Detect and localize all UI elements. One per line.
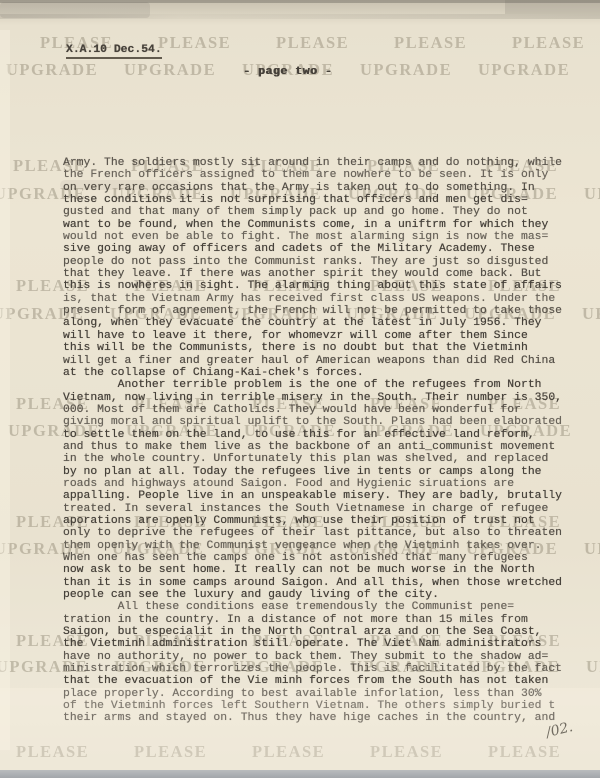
typed-line: All these conditions ease tremendously t…: [63, 601, 583, 613]
typed-line: the Vietminh administration still operat…: [63, 638, 583, 650]
typed-line: treated. In several instances the South …: [63, 503, 583, 515]
typed-line: aporations are openly Communists, who us…: [63, 515, 583, 527]
typed-line: on very rare occasions that the Army is …: [63, 182, 583, 194]
typed-line: to settle them on the land, to use this …: [63, 429, 583, 441]
typed-line: that they leave. If there was another sp…: [63, 268, 583, 280]
typed-line: in the whole country. Unfortunately this…: [63, 453, 583, 465]
typed-line: will get a finer and greater haul of Ame…: [63, 355, 583, 367]
typed-lines: Army. The soldiers mostly sit around in …: [63, 157, 583, 725]
typed-line: will have to leave it there, for whomevz…: [63, 330, 583, 342]
typed-line: Vietnam, now living in terrible misery i…: [63, 392, 583, 404]
typed-line: Army. The soldiers mostly sit around in …: [63, 157, 583, 169]
typed-line: along, when they evacuate the country at…: [63, 317, 583, 329]
typed-line: only to deprive the refugees of their la…: [63, 527, 583, 539]
typed-line: them openly with the Communist vengeance…: [63, 540, 583, 552]
typed-line: the French officers assigned to them are…: [63, 169, 583, 181]
typed-line: appalling. People live in an unspeakable…: [63, 490, 583, 502]
typed-line: people can see the luxury and gaudy livi…: [63, 589, 583, 601]
typed-line: When one has seen the camps one is not a…: [63, 552, 583, 564]
typed-line: 000. Most of them are Catholics. They wo…: [63, 404, 583, 416]
page-number-label: - page two -: [243, 66, 332, 78]
document-reference: X.A.10 Dec.54.: [66, 44, 162, 59]
typed-line: and thus to make them live as the backbo…: [63, 441, 583, 453]
typed-line: Another terrible problem is the one of t…: [63, 379, 583, 391]
typed-line: by no plan at all. Today the refugees li…: [63, 466, 583, 478]
typed-layer: X.A.10 Dec.54. - page two - Army. The so…: [0, 0, 600, 778]
typed-line: these conditions it is not surprising th…: [63, 194, 583, 206]
typed-line: that the evacuation of the Vie minh forc…: [63, 675, 583, 687]
typed-line: their arms and stayed on. Thus they have…: [63, 712, 583, 724]
typed-line: at the collapse of Chiang-Kai-chek's for…: [63, 367, 583, 379]
typed-line: sive going away of officers and cadets o…: [63, 243, 583, 255]
typed-line: Saigon, but especialit in the North Cont…: [63, 626, 583, 638]
typed-line: present form of agreement, the French wi…: [63, 305, 583, 317]
typed-line: this will be the Communists, there is no…: [63, 342, 583, 354]
typed-line: this is nowheres in sight. The alarming …: [63, 280, 583, 292]
typed-line: is, that the Vietnam Army has received f…: [63, 293, 583, 305]
typed-line: now ask to be sent home. It really can n…: [63, 564, 583, 576]
typed-line: want to be found, when the Communists co…: [63, 219, 583, 231]
typed-line: roads and highways atound Saigon. Food a…: [63, 478, 583, 490]
typed-line: have no authority, no power to back them…: [63, 651, 583, 663]
typed-line: ministration which terrorizes the people…: [63, 663, 583, 675]
typed-line: tration in the country. In a distance of…: [63, 614, 583, 626]
typed-line: would not even be able to fight. The mos…: [63, 231, 583, 243]
typed-line: than it is in some camps around Saigon. …: [63, 577, 583, 589]
typed-line: place properly. According to best availa…: [63, 688, 583, 700]
typed-line: of the Vietminh forces left Southern Vie…: [63, 700, 583, 712]
typed-line: people do not pass into the Communist ra…: [63, 256, 583, 268]
typed-line: gusted and that many of them simply pack…: [63, 206, 583, 218]
typed-line: giving moral and spiritual uplift to the…: [63, 416, 583, 428]
scanned-document-page: PLEASEPLEASEPLEASEPLEASEPLEASEUPGRADEUPG…: [0, 0, 600, 778]
